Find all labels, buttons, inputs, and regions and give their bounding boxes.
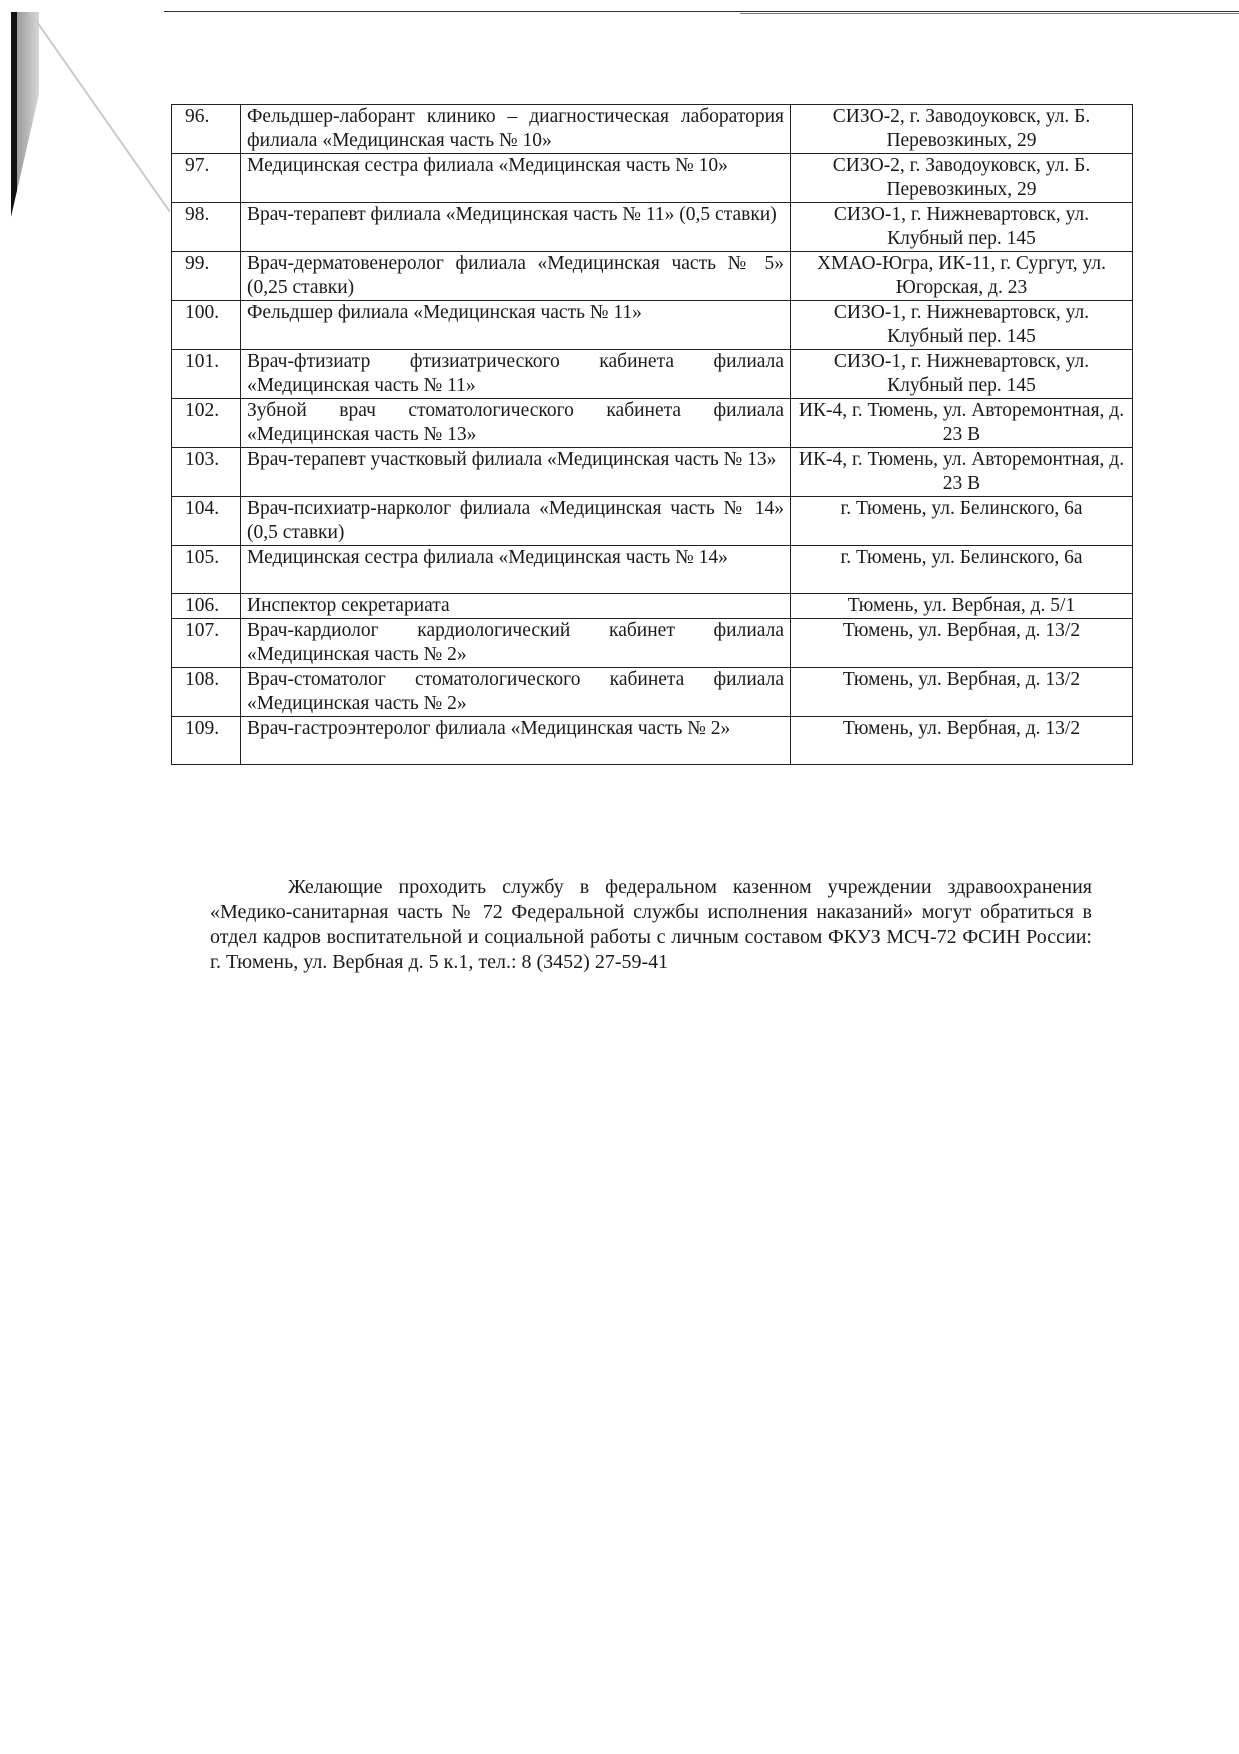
position-title: Фельдшер-лаборант клинико – диагностичес… [241, 105, 791, 154]
position-title: Медицинская сестра филиала «Медицинская … [241, 154, 791, 203]
table-row: 103.Врач-терапевт участковый филиала «Ме… [172, 448, 1133, 497]
row-number: 102. [172, 399, 241, 448]
row-number: 97. [172, 154, 241, 203]
row-number: 106. [172, 594, 241, 619]
position-title: Фельдшер филиала «Медицинская часть № 11… [241, 301, 791, 350]
row-number: 104. [172, 497, 241, 546]
location-address: СИЗО-1, г. Нижневартовск, ул. Клубный пе… [791, 301, 1133, 350]
location-address: ИК-4, г. Тюмень, ул. Авторемонтная, д. 2… [791, 448, 1133, 497]
row-number: 105. [172, 546, 241, 594]
location-address: ИК-4, г. Тюмень, ул. Авторемонтная, д. 2… [791, 399, 1133, 448]
table-row: 98.Врач-терапевт филиала «Медицинская ча… [172, 203, 1133, 252]
row-number: 98. [172, 203, 241, 252]
table-row: 109.Врач-гастроэнтеролог филиала «Медици… [172, 717, 1133, 765]
scan-top-edge [164, 11, 1239, 12]
location-address: СИЗО-1, г. Нижневартовск, ул. Клубный пе… [791, 203, 1133, 252]
position-title: Врач-фтизиатр фтизиатрического кабинета … [241, 350, 791, 399]
row-number: 96. [172, 105, 241, 154]
table-row: 99.Врач-дерматовенеролог филиала «Медици… [172, 252, 1133, 301]
row-number: 100. [172, 301, 241, 350]
location-address: Тюмень, ул. Вербная, д. 13/2 [791, 717, 1133, 765]
contact-notice: Желающие проходить службу в федеральном … [210, 875, 1092, 975]
table-row: 108.Врач-стоматолог стоматологического к… [172, 668, 1133, 717]
position-title: Медицинская сестра филиала «Медицинская … [241, 546, 791, 594]
table-row: 106.Инспектор секретариатаТюмень, ул. Ве… [172, 594, 1133, 619]
location-address: СИЗО-1, г. Нижневартовск, ул. Клубный пе… [791, 350, 1133, 399]
row-number: 101. [172, 350, 241, 399]
contact-notice-text: Желающие проходить службу в федеральном … [210, 875, 1092, 975]
position-title: Инспектор секретариата [241, 594, 791, 619]
location-address: Тюмень, ул. Вербная, д. 13/2 [791, 619, 1133, 668]
position-title: Врач-психиатр-нарколог филиала «Медицинс… [241, 497, 791, 546]
table-row: 102.Зубной врач стоматологического кабин… [172, 399, 1133, 448]
row-number: 103. [172, 448, 241, 497]
table-row: 104.Врач-психиатр-нарколог филиала «Меди… [172, 497, 1133, 546]
position-title: Зубной врач стоматологического кабинета … [241, 399, 791, 448]
scan-fold-artifact [30, 12, 170, 212]
table-row: 105.Медицинская сестра филиала «Медицинс… [172, 546, 1133, 594]
scan-top-edge-secondary [740, 13, 1239, 14]
vacancies-table: 96.Фельдшер-лаборант клинико – диагности… [171, 104, 1133, 765]
position-title: Врач-гастроэнтеролог филиала «Медицинска… [241, 717, 791, 765]
row-number: 108. [172, 668, 241, 717]
location-address: СИЗО-2, г. Заводоуковск, ул. Б. Перевозк… [791, 105, 1133, 154]
row-number: 99. [172, 252, 241, 301]
table-row: 97.Медицинская сестра филиала «Медицинск… [172, 154, 1133, 203]
table-row: 107.Врач-кардиолог кардиологический каби… [172, 619, 1133, 668]
location-address: г. Тюмень, ул. Белинского, 6а [791, 497, 1133, 546]
table-row: 100.Фельдшер филиала «Медицинская часть … [172, 301, 1133, 350]
table-row: 96.Фельдшер-лаборант клинико – диагности… [172, 105, 1133, 154]
row-number: 107. [172, 619, 241, 668]
location-address: СИЗО-2, г. Заводоуковск, ул. Б. Перевозк… [791, 154, 1133, 203]
location-address: ХМАО-Югра, ИК-11, г. Сургут, ул. Югорска… [791, 252, 1133, 301]
row-number: 109. [172, 717, 241, 765]
position-title: Врач-дерматовенеролог филиала «Медицинск… [241, 252, 791, 301]
table-row: 101.Врач-фтизиатр фтизиатрического кабин… [172, 350, 1133, 399]
position-title: Врач-терапевт филиала «Медицинская часть… [241, 203, 791, 252]
position-title: Врач-стоматолог стоматологического кабин… [241, 668, 791, 717]
location-address: Тюмень, ул. Вербная, д. 5/1 [791, 594, 1133, 619]
position-title: Врач-терапевт участковый филиала «Медици… [241, 448, 791, 497]
location-address: Тюмень, ул. Вербная, д. 13/2 [791, 668, 1133, 717]
location-address: г. Тюмень, ул. Белинского, 6а [791, 546, 1133, 594]
position-title: Врач-кардиолог кардиологический кабинет … [241, 619, 791, 668]
